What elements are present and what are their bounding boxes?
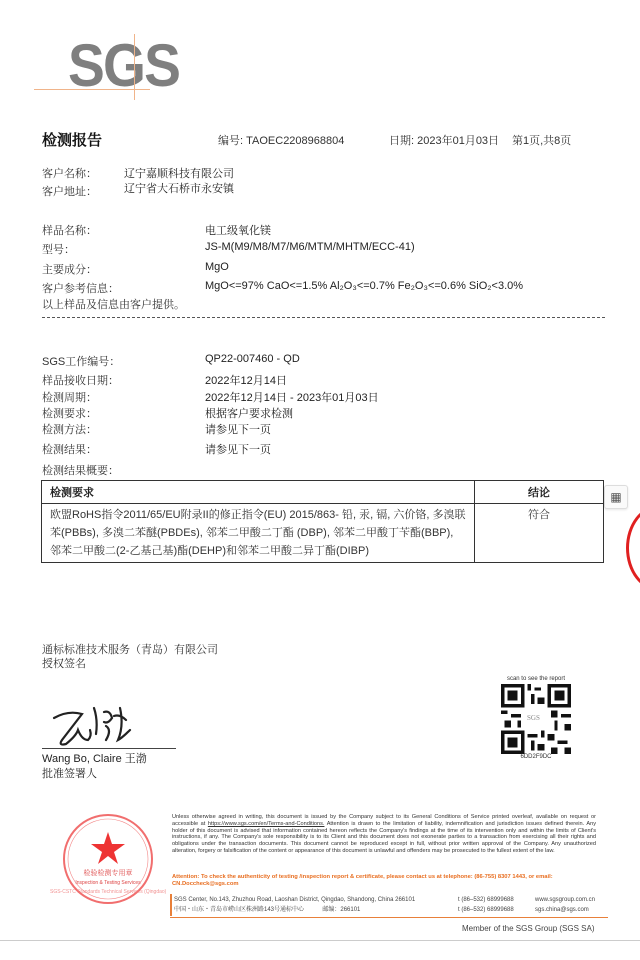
conclusion-cell: 符合 [475,504,604,563]
sample-note: 以上样品及信息由客户提供。 [42,296,185,312]
report-title: 检测报告 [42,129,102,150]
test-result-value: 请参见下一页 [205,441,271,457]
table-scan-icon[interactable]: ▦ [604,485,628,509]
test-period-label: 检测周期： [42,389,97,405]
job-no-label: SGS工作编号： [42,353,120,369]
test-requirement-label: 检测要求： [42,405,97,421]
header-requirement: 检测要求 [42,481,475,504]
job-no-value: QP22-007460 - QD [205,353,300,365]
address-accent-bar [170,894,172,916]
footer-divider [170,917,608,918]
test-method-value: 请参见下一页 [205,421,271,437]
requirement-cell: 欧盟RoHS指令2011/65/EU附录II的修正指令(EU) 2015/863… [42,504,475,563]
signer-name: Wang Bo, Claire 王渤 [42,752,147,767]
logo-guide-vertical [134,34,135,100]
result-summary-label: 检测结果概要： [42,462,119,478]
table-header-row: 检测要求 结论 [42,481,604,504]
authenticity-notice: Attention: To check the authenticity of … [172,874,602,888]
client-address-label: 客户地址： [42,183,97,199]
company-seal: 检验检测专用章 Inspection & Testing Services SG… [48,812,168,912]
reference-info-label: 客户参考信息： [42,280,119,296]
test-period-value: 2022年12月14日 - 2023年01月03日 [205,389,379,405]
client-address-value: 辽宁省大石桥市永安镇 [124,180,234,196]
signature-block: 通标标准技术服务（青岛）有限公司 授权签名 [42,643,218,671]
component-value: MgO [205,261,229,273]
model-value: JS-M(M9/M8/M7/M6/MTM/MHTM/ECC-41) [205,241,415,253]
model-label: 型号： [42,241,75,257]
address-block: SGS Center, No.143, Zhuzhou Road, Laosha… [174,895,415,915]
qr-caption: scan to see the report [500,676,572,682]
signer-block: Wang Bo, Claire 王渤 批准签署人 [42,752,147,782]
test-method-label: 检测方法： [42,421,97,437]
legal-disclaimer: Unless otherwise agreed in writing, this… [172,814,596,855]
phone-2: t (86–532) 68999688 [458,905,514,915]
results-table: 检测要求 结论 欧盟RoHS指令2011/65/EU附录II的修正指令(EU) … [41,480,604,563]
sample-name-value: 电工级氧化镁 [205,222,271,238]
qr-verification-code: 6DD2F9DC [500,754,572,760]
seal-center-text: 检验检测专用章 [84,868,133,877]
logo-guide-horizontal [34,89,150,90]
report-number: 编号: TAOEC2208968804 [218,132,344,148]
section-divider [42,317,605,318]
header-conclusion: 结论 [475,481,604,504]
seal-ring-text: SGS-CSTC Standards Technical Services (Q… [50,889,168,895]
page-indicator: 第1页,共8页 [512,132,571,148]
terms-link[interactable]: https://www.sgs.com/en/Terms-and-Conditi… [208,821,325,827]
reference-info-value: MgO<=97% CaO<=1.5% Al₂O₃<=0.7% Fe₂O₃<=0.… [205,280,523,292]
component-label: 主要成分： [42,261,97,277]
handwritten-signature [48,700,158,750]
address-english: SGS Center, No.143, Zhuzhou Road, Laosha… [174,895,415,905]
received-date-label: 样品接收日期： [42,372,119,388]
phone-block: t (86–532) 68999688 t (86–532) 68999688 [458,895,514,915]
client-name-value: 辽宁嘉顺科技有限公司 [124,165,234,181]
sample-name-label: 样品名称： [42,222,97,238]
authorized-signature-label: 授权签名 [42,657,218,671]
received-date-value: 2022年12月14日 [205,372,287,388]
address-chinese: 中国・山东・青岛市崂山区株洲路143号通标中心 邮编：266101 [174,905,415,915]
phone-1: t (86–532) 68999688 [458,895,514,905]
issuing-company: 通标标准技术服务（青岛）有限公司 [42,643,218,657]
report-date: 日期: 2023年01月03日 [389,132,499,148]
client-name-label: 客户名称： [42,165,97,181]
page-bottom-border [0,940,640,941]
table-row: 欧盟RoHS指令2011/65/EU附录II的修正指令(EU) 2015/863… [42,504,604,563]
test-requirement-value: 根据客户要求检测 [205,405,293,421]
qr-center-logo: SGS [527,714,540,722]
seal-sub-text: Inspection & Testing Services [75,880,141,886]
website-link[interactable]: www.sgsgroup.com.cn [535,895,595,905]
contact-web-block: www.sgsgroup.com.cn sgs.china@sgs.com [535,895,595,915]
test-result-label: 检测结果： [42,441,97,457]
email-link[interactable]: sgs.china@sgs.com [535,905,595,915]
seal-edge [626,505,640,591]
member-statement: Member of the SGS Group (SGS SA) [462,924,595,933]
sgs-logo: SGS [68,36,179,96]
signature-line [42,748,176,749]
signer-role: 批准签署人 [42,767,147,782]
